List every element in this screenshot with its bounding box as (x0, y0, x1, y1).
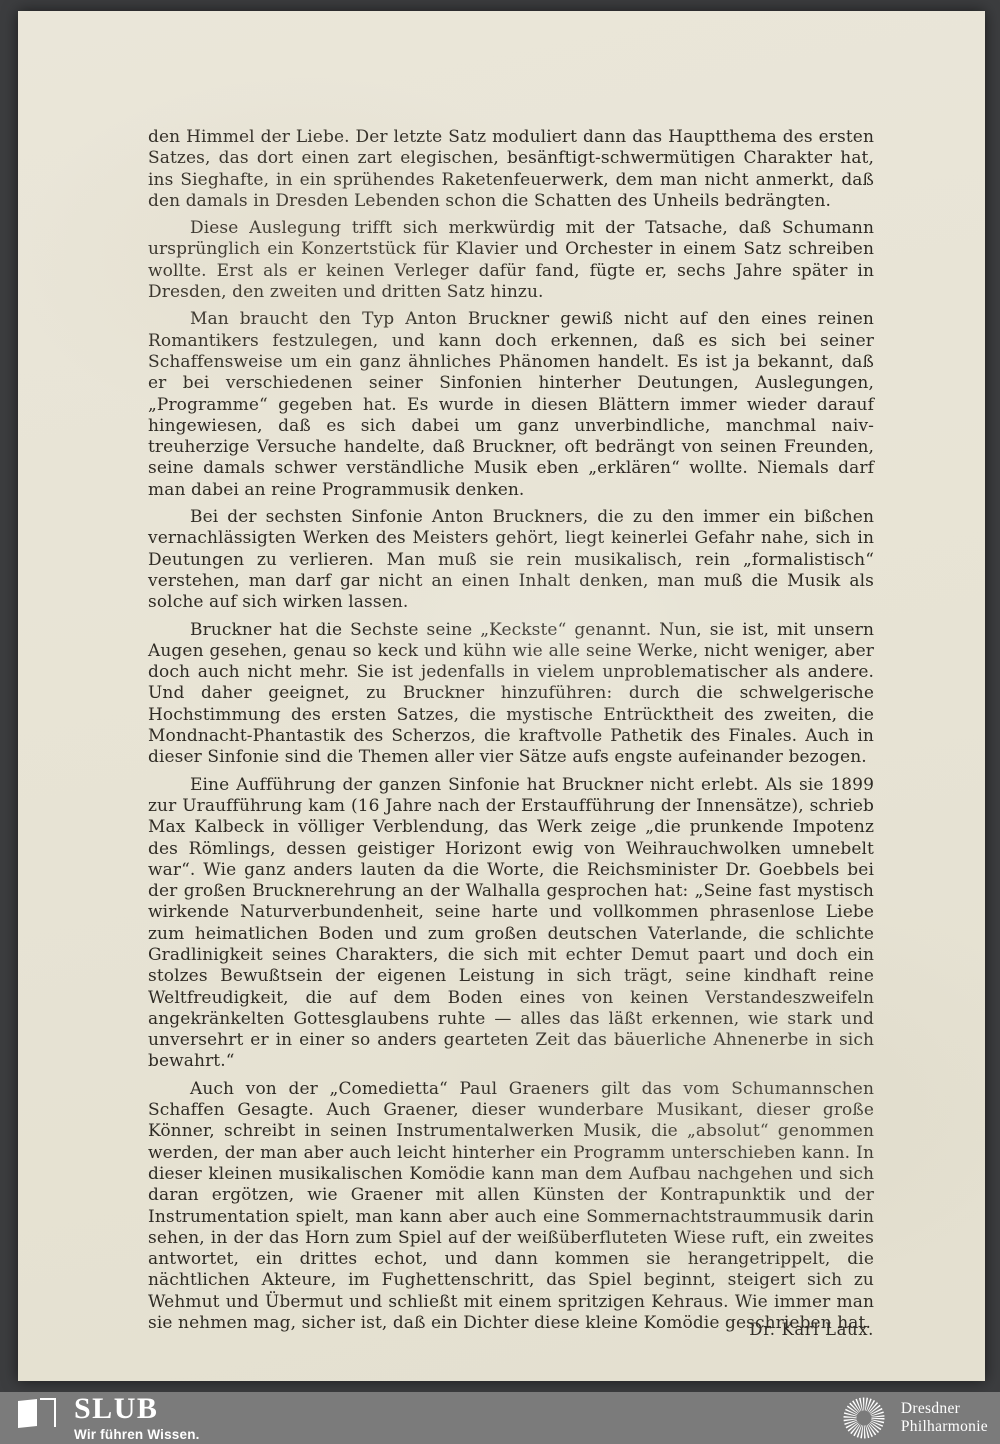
philharmonie-line2: Philharmonie (901, 1418, 988, 1436)
scan-viewer: den Himmel der Liebe. Der letzte Satz mo… (0, 0, 1000, 1444)
sunburst-icon (841, 1395, 887, 1441)
slub-logo[interactable]: SLUB Wir führen Wissen. (0, 1394, 200, 1442)
paragraph: Diese Auslegung trifft sich merkwürdig m… (148, 218, 874, 303)
paragraph: Auch von der „Comedietta“ Paul Graeners … (148, 1079, 874, 1335)
slub-logo-text: SLUB (74, 1394, 200, 1424)
paragraph: Man braucht den Typ Anton Bruckner gewiß… (148, 309, 874, 501)
philharmonie-line1: Dresdner (901, 1400, 988, 1418)
philharmonie-logo[interactable]: Dresdner Philharmonie (841, 1395, 1000, 1441)
slub-tagline: Wir führen Wissen. (74, 1427, 200, 1442)
footer-bar: SLUB Wir führen Wissen. Dresdner Philhar… (0, 1392, 1000, 1444)
paragraph: Bruckner hat die Sechste seine „Keckste“… (148, 620, 874, 769)
body-paragraphs: den Himmel der Liebe. Der letzte Satz mo… (148, 127, 874, 1340)
scanned-page: den Himmel der Liebe. Der letzte Satz mo… (18, 11, 985, 1381)
paragraph: den Himmel der Liebe. Der letzte Satz mo… (148, 127, 874, 212)
slub-book-icon (18, 1398, 60, 1432)
paragraph: Bei der sechsten Sinfonie Anton Bruckner… (148, 507, 874, 613)
paragraph: Eine Aufführung der ganzen Sinfonie hat … (148, 775, 874, 1073)
